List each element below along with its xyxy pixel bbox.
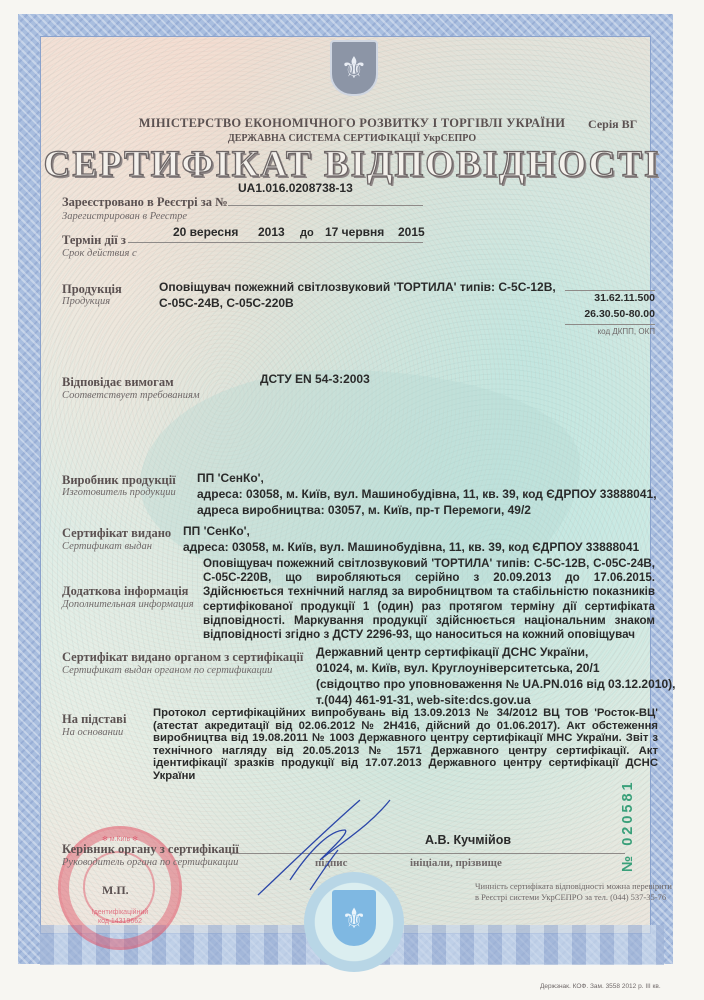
stamp-code-line-2: код 14319662	[61, 918, 179, 925]
manufacturer-production-address: адреса виробництва: 03057, м. Київ, пр-т…	[197, 503, 531, 517]
certificate-title: СЕРТИФІКАТ ВІДПОВІДНОСТІ	[0, 143, 704, 186]
requirements-standard: ДСТУ EN 54-3:2003	[260, 372, 370, 386]
registry-label-ru: Зарегистрирован в Реестре	[62, 211, 187, 222]
basis-label: На підставі	[62, 712, 126, 727]
stamp-place-mark: М.П.	[102, 883, 129, 898]
validity-from-year: 2013	[258, 225, 285, 239]
certification-body-contacts: т.(044) 461-91-31, web-site:dcs.gov.ua	[316, 693, 531, 707]
signatory-label-ru: Руководитель органа по сертификации	[62, 857, 238, 868]
issued-to-label: Сертифікат видано	[62, 526, 171, 541]
stamp-code-line-1: Ідентифікаційний	[61, 909, 179, 916]
product-code-caption: код ДКПП, ОКП	[575, 327, 655, 336]
validity-from-date: 20 вересня	[173, 225, 238, 239]
validity-to-word: до	[300, 227, 314, 239]
basis-text: Протокол сертифікаційних випробувань від…	[153, 707, 658, 782]
registry-number: UA1.016.0208738-13	[238, 181, 353, 195]
requirements-label-ru: Соответствует требованиям	[62, 390, 200, 401]
product-line-1: Оповіщувач пожежний світлозвуковий 'ТОРТ…	[159, 280, 556, 294]
validity-to-date: 17 червня	[325, 225, 384, 239]
registry-label: Зареєстровано в Реєстрі за №	[62, 195, 228, 210]
bottom-crest: ⚜	[304, 872, 404, 972]
requirements-label: Відповідає вимогам	[62, 375, 174, 390]
basis-label-ru: На основании	[62, 727, 123, 738]
certification-body-name: Державний центр сертифікації ДСНС Україн…	[316, 645, 588, 659]
additional-info-label: Додаткова інформація	[62, 584, 188, 599]
print-info: Держзнак. КОФ. Зам. 3558 2012 р. III кв.	[540, 983, 661, 990]
series-label: Серія ВГ	[588, 117, 637, 132]
product-code-dkpp: 31.62.11.500	[565, 290, 655, 306]
product-line-2: С-05С-24В, С-05С-220В	[159, 296, 294, 310]
manufacturer-label: Виробник продукції	[62, 473, 176, 488]
verification-note: Чинність сертифіката відповідності можна…	[475, 881, 675, 903]
registry-underline	[228, 205, 423, 206]
signatory-label: Керівник органу з сертифікації	[62, 842, 239, 857]
certification-body-label: Сертифікат видано органом з сертифікації	[62, 650, 303, 665]
issued-to-name: ПП 'СенКо',	[183, 524, 250, 538]
trident-shield-icon: ⚜	[332, 890, 376, 946]
issued-to-address: адреса: 03058, м. Київ, вул. Машинобудів…	[183, 540, 639, 554]
certification-body-address: 01024, м. Київ, вул. Круглоуніверситетсь…	[316, 661, 600, 675]
product-label: Продукція	[62, 282, 122, 297]
product-code-okp: 26.30.50-80.00	[565, 306, 655, 322]
additional-info-label-ru: Дополнительная информация	[62, 599, 194, 610]
additional-info-text: Оповіщувач пожежний світлозвуковий 'ТОРТ…	[203, 557, 655, 642]
product-codes: 31.62.11.500 26.30.50-80.00	[565, 290, 655, 322]
validity-label: Термін дії з	[62, 233, 126, 248]
trident-crest-icon: ⚜	[330, 40, 378, 96]
manufacturer-address: адреса: 03058, м. Київ, вул. Машинобудів…	[197, 487, 657, 501]
validity-label-ru: Срок действия с	[62, 248, 137, 259]
certification-body-authorization: (свідоцтво про уповноваження № UA.PN.016…	[316, 677, 675, 691]
signatory-name: А.В. Кучмійов	[425, 833, 511, 847]
manufacturer-label-ru: Изготовитель продукции	[62, 487, 176, 498]
serial-number: № 020581	[620, 779, 636, 872]
product-label-ru: Продукция	[62, 296, 110, 307]
manufacturer-name: ПП 'СенКо',	[197, 471, 264, 485]
validity-to-year: 2015	[398, 225, 425, 239]
codes-bottom-line	[565, 324, 655, 325]
certification-body-label-ru: Сертификат выдан органом по сертификации	[62, 665, 272, 676]
validity-underline	[128, 242, 423, 243]
issued-to-label-ru: Сертификат выдан	[62, 541, 152, 552]
